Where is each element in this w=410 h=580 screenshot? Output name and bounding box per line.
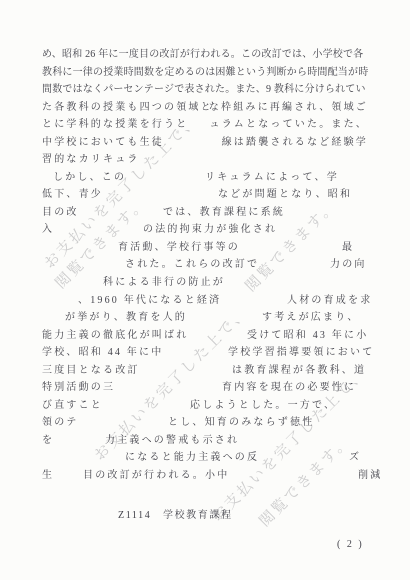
text-line-segment: 育内容を現在の必要性に — [222, 381, 356, 394]
text-line-segment: リキュラムによって、学 — [205, 171, 339, 184]
text-line-segment: 中学校においても生徒 — [42, 136, 164, 149]
text-line-segment: 学校、昭和 44 年に中 — [42, 346, 163, 359]
text-line-segment: とに学科的な授業を行うと — [42, 118, 188, 131]
text-line-segment: 線は踏襲されるなど経験学 — [222, 136, 368, 149]
text-line-segment: などが問題となり、昭和 — [218, 188, 352, 201]
text-line-segment: 低下、青少 — [42, 188, 103, 201]
text-line-segment: 領のテ — [42, 416, 79, 429]
text-line-segment: 応しようとした。一方で、 — [190, 399, 336, 412]
text-line-segment: 三度目となる改訂 — [42, 364, 140, 377]
text-line-segment: 育活動、学校行事等の — [118, 241, 240, 254]
text-line-segment: た各教科の授業も四つの領域と — [42, 101, 213, 114]
text-line-segment: 目の改 — [42, 206, 79, 219]
text-line-segment: す考えが広まり、 — [262, 311, 360, 324]
text-line-segment: 習的なカリキュラ — [42, 153, 140, 166]
text-line-segment: を — [42, 434, 54, 447]
text-line-segment: 削減 — [358, 469, 382, 482]
text-line-segment: ズ — [349, 451, 361, 464]
document-text-layer: め、昭和 26 年に一度目の改訂が行われる。この改訂では、小学校で各教科に一律の… — [0, 0, 410, 580]
page-number: ( 2 ) — [337, 539, 364, 550]
text-line-segment: 人材の育成を求 — [287, 294, 372, 307]
text-line-segment: 目の改訂が行われる。小中 — [83, 469, 229, 482]
text-line-segment: 間数ではなくパーセンテージで表された。また、9 教科に分けられてい — [42, 83, 366, 96]
document-page: お支払いを完了した上で、閲覧できます。閲覧できます。お支払いを完了した上で、お支… — [0, 0, 410, 580]
text-line-segment: 入 — [42, 223, 54, 236]
text-line-segment: では、教育課程に系統 — [163, 206, 285, 219]
text-line-segment: 学校学習指導要領において — [228, 346, 374, 359]
text-line-segment: び直すこと — [42, 399, 103, 412]
text-line-segment: 力の向 — [330, 258, 367, 271]
footer-doc-code: Z1114 学校教育課程 — [118, 506, 233, 521]
text-line-segment: 最 — [342, 241, 354, 254]
text-line-segment: 科による非行の防止が — [103, 276, 225, 289]
text-line-segment: 生 — [42, 469, 54, 482]
text-line-segment: 、1960 年代になると経済 — [78, 294, 221, 307]
text-line-segment: 能力主義の徹底化が叫ばれ — [42, 329, 188, 342]
text-line-segment: 受けて昭和 43 年に小 — [247, 329, 368, 342]
text-line-segment: になると能力主義への反 — [125, 451, 259, 464]
text-line-segment: 力主義への警戒も示され — [105, 434, 239, 447]
text-line-segment: とし、知育のみならず徳性 — [168, 416, 314, 429]
text-line-segment: め、昭和 26 年に一度目の改訂が行われる。この改訂では、小学校で各 — [42, 48, 363, 61]
text-line-segment: しかし、この — [53, 171, 126, 184]
text-line-segment: ュラムとなっていた。また、 — [210, 118, 369, 131]
text-line-segment: の法的拘束力が強化され — [143, 223, 277, 236]
text-line-segment: は教育課程が各教科、道 — [232, 364, 366, 377]
text-line-segment: 特別活動の三 — [42, 381, 115, 394]
text-line-segment: な枠組みに再編され、領域ご — [209, 101, 368, 114]
text-line-segment: が挙がり、教育を人的 — [65, 311, 187, 324]
text-line-segment: 教科に一律の授業時間数を定めるのは困難という判断から時間配当が時 — [42, 66, 368, 79]
text-line-segment: された。これらの改訂で — [125, 258, 259, 271]
